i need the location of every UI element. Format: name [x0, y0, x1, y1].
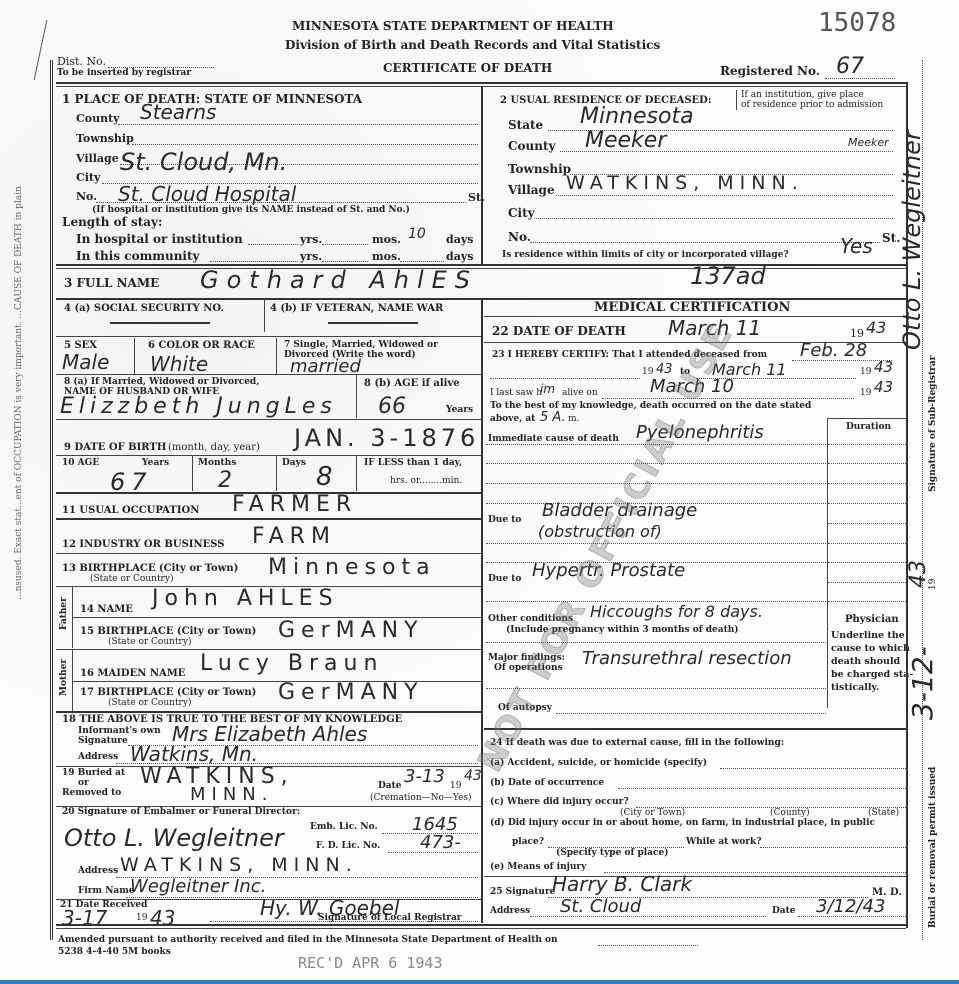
- comm-yrs-label: yrs.: [300, 250, 322, 263]
- comm-mos-line: [322, 261, 368, 262]
- father-birthplace-label: 15 BIRTHPLACE (City or Town): [80, 626, 256, 637]
- hosp-yrs-label: yrs.: [300, 233, 322, 246]
- res-county-label: County: [508, 139, 556, 153]
- other-conditions: Hiccoughs for 8 days.: [590, 602, 763, 621]
- duration-label: Duration: [846, 422, 891, 432]
- residence-note: If an institution, give place of residen…: [736, 90, 883, 110]
- attended-to-year: 43: [874, 358, 893, 376]
- rule-after-sex: [56, 374, 481, 375]
- ssn-divider: [264, 298, 265, 332]
- res-county-annotation: Meeker: [848, 136, 889, 149]
- last-saw-pronoun: im: [540, 382, 555, 396]
- spouse-label-line1: 8 (a) If Married, Widowed or Divorced,: [64, 377, 259, 387]
- autopsy-line: [556, 713, 826, 714]
- informant-address: Watkins, Mn.: [130, 742, 258, 766]
- spouse-age-value: 66: [378, 394, 406, 419]
- amended-note: Amended pursuant to authority received a…: [58, 935, 558, 945]
- res-village-label: Village: [508, 183, 555, 197]
- dob-sublabel: (month, day, year): [168, 442, 260, 453]
- industry-label: 12 INDUSTRY OR BUSINESS: [62, 539, 224, 550]
- industry-value: FARM: [252, 524, 336, 549]
- res-city-line: [534, 218, 893, 219]
- funeral-director-signature: Otto L. Wegleitner: [64, 824, 284, 852]
- attended-from-year: 43: [656, 362, 673, 377]
- veteran-value-dash: [328, 322, 418, 324]
- major-findings: Transurethral resection: [582, 648, 792, 669]
- res-village-value: WATKINS, MINN.: [566, 172, 804, 194]
- county-label: County: [76, 112, 120, 125]
- date-of-death-label: 22 DATE OF DEATH: [492, 324, 626, 338]
- age-days-divider: [356, 455, 357, 491]
- attended-from-year-line: [490, 378, 640, 379]
- race-divider: [276, 338, 277, 374]
- res-no-line: [530, 242, 880, 243]
- full-name-label: 3 FULL NAME: [64, 276, 159, 290]
- rule-before-external: [484, 728, 906, 730]
- spouse-age-label: 8 (b) AGE if alive: [364, 378, 460, 389]
- duration-line-1: [828, 444, 906, 445]
- ssn-value-dash: [110, 322, 210, 324]
- within-limits-value: Yes: [840, 234, 873, 258]
- in-community-label: In this community: [76, 249, 200, 263]
- dob-value: JAN. 3-1876: [294, 424, 479, 452]
- external-c-state: (State): [868, 808, 899, 818]
- res-no-label: No.: [508, 230, 531, 244]
- duration-line-2: [828, 463, 906, 464]
- viewer-bottom-bar: [0, 980, 959, 984]
- alive-on-label: alive on: [562, 388, 598, 398]
- form-number: 5238 4-4-40 5M books: [58, 947, 171, 957]
- time-of-death: 5 A.: [540, 410, 566, 425]
- duration-line-5: [828, 523, 906, 524]
- medical-heading: MEDICAL CERTIFICATION: [594, 300, 790, 315]
- father-name-label: 14 NAME: [80, 604, 133, 615]
- external-e-label: (e) Means of injury: [490, 862, 586, 872]
- external-d-work: While at work?: [686, 837, 761, 847]
- frame-bottom: [56, 924, 906, 926]
- mother-tag: Mother: [59, 659, 69, 696]
- attended-to-year-prefix: 19: [860, 367, 871, 377]
- cremation-label: (Cremation—No—Yes): [370, 793, 472, 803]
- external-c-city: (City or Town): [620, 808, 685, 818]
- father-tag: Father: [59, 597, 69, 630]
- amended-line: [598, 945, 698, 946]
- city-value: St. Cloud, Mn.: [120, 148, 287, 176]
- city-label: City: [76, 171, 100, 184]
- race-label: 6 COLOR OR RACE: [148, 340, 255, 351]
- race-value: White: [150, 352, 208, 376]
- duration-line-8: [828, 582, 906, 583]
- duration-line-9: [828, 601, 906, 602]
- physician-date: 3/12/43: [816, 896, 885, 917]
- rule-after-father: [56, 649, 481, 650]
- burial-year: 43: [464, 768, 482, 784]
- file-annotation: 137ad: [690, 262, 766, 290]
- veteran-label: 4 (b) IF VETERAN, NAME WAR: [270, 303, 443, 314]
- burial-date-label: Date: [378, 781, 402, 791]
- physician-note: Underline the cause to which death shoul…: [831, 629, 913, 694]
- county-line: [118, 124, 478, 125]
- fd-lic-label: F. D. Lic. No.: [316, 841, 380, 851]
- res-city-label: City: [508, 206, 535, 220]
- buried-label-line3: Removed to: [62, 788, 125, 798]
- external-cause-heading: 24 If death was due to external cause, f…: [490, 738, 784, 748]
- knowledge-line: To the best of my knowledge, death occur…: [490, 401, 811, 411]
- division-title: Division of Birth and Death Records and …: [285, 38, 660, 52]
- age-months-divider: [276, 455, 277, 491]
- divider-middle: [481, 298, 483, 923]
- ssn-label: 4 (a) SOCIAL SECURITY NO.: [64, 303, 224, 314]
- duration-divider: [827, 418, 828, 708]
- left-border: [50, 60, 53, 940]
- external-a-label: (a) Accident, suicide, or homicide (spec…: [490, 758, 707, 768]
- divider-top: [481, 86, 483, 266]
- marital-label-line1: 7 Single, Married, Widowed or: [284, 340, 438, 350]
- date-received: 3-17: [62, 906, 107, 930]
- physician-note-line: cause to which: [831, 642, 913, 655]
- mother-name-value: Lucy Braun: [200, 651, 383, 676]
- burial-place-line2: MINN.: [190, 784, 274, 805]
- birthplace-value: Minnesota: [268, 555, 436, 580]
- hosp-yrs-line: [248, 244, 298, 245]
- above-at-label: above, at: [490, 414, 535, 424]
- not-official-watermark: NOT FOR OFFICIAL USE: [470, 316, 742, 779]
- buried-label-line2: or: [62, 778, 125, 788]
- physician-heading: Physician: [845, 614, 899, 625]
- last-saw-year: 43: [874, 378, 893, 396]
- within-limits-label: Is residence within limits of city or in…: [502, 250, 789, 260]
- buried-label: 19 Buried at or Removed to: [62, 768, 125, 798]
- sub-registrar-signature: Otto L. Wegleitner: [898, 130, 926, 350]
- spouse-age-divider: [356, 374, 357, 418]
- rule-after-ssn: [56, 336, 481, 337]
- external-d-place: place?: [512, 837, 544, 847]
- mother-birthplace-label: 17 BIRTHPLACE (City or Town): [80, 687, 256, 698]
- death-certificate: ...nsused. Exact stat...ent of OCCUPATIO…: [0, 0, 959, 984]
- full-name-value: Gothard AhlES: [200, 266, 478, 294]
- physician-address: St. Cloud: [560, 896, 641, 917]
- permit-date: 3-12-: [906, 646, 939, 720]
- physician-date-label: Date: [772, 906, 796, 916]
- physician-address-label: Address: [490, 906, 530, 916]
- comm-mos-label: mos.: [372, 250, 401, 263]
- mother-birthplace-value: GerMANY: [278, 680, 424, 705]
- occupation-value: FARMER: [232, 492, 357, 517]
- last-saw-line: [602, 398, 854, 399]
- funeral-director-label: 20 Signature of Embalmer or Funeral Dire…: [62, 807, 300, 817]
- res-township-label: Township: [508, 162, 571, 176]
- external-d-label: (d) Did injury occur in or about home, o…: [490, 818, 875, 828]
- age-label: 10 AGE: [62, 458, 99, 468]
- st-label: St.: [468, 191, 485, 204]
- sex-value: Male: [62, 350, 109, 374]
- mother-name-label: 16 MAIDEN NAME: [80, 668, 185, 679]
- age-days-label: Days: [282, 458, 306, 468]
- external-a-line: [720, 768, 906, 769]
- occupation-label: 11 USUAL OCCUPATION: [62, 505, 199, 516]
- registrar-signature-label: Signature of Local Registrar: [318, 913, 462, 923]
- external-c-label: (c) Where did injury occur?: [490, 797, 629, 807]
- township-line: [132, 144, 478, 145]
- last-saw-label: I last saw h: [490, 388, 542, 398]
- physician-note-line: be charged sta-: [831, 668, 913, 681]
- external-b-line: [618, 788, 906, 789]
- hosp-days-label: days: [446, 233, 473, 246]
- hospital-name: St. Cloud Hospital: [118, 182, 296, 206]
- rule-after-residence-inner: [56, 268, 906, 269]
- hospital-note: (If hospital or institution give its NAM…: [92, 205, 410, 215]
- rule-after-dob: [56, 455, 481, 456]
- father-birthplace-value: GerMANY: [278, 618, 424, 643]
- certificate-number: 15078: [818, 8, 896, 38]
- frame-bottom-inner: [56, 928, 906, 929]
- death-year-prefix: 19: [850, 327, 864, 340]
- county-value: Stearns: [140, 100, 216, 124]
- mother-bracket: [72, 649, 73, 711]
- rule-after-occupation: [56, 518, 481, 520]
- firm-name: Wegleitner Inc.: [130, 876, 266, 897]
- physician-note-line: Underline the: [831, 629, 913, 642]
- res-village-line: [556, 195, 893, 196]
- time-suffix: m.: [568, 414, 579, 424]
- mother-birthplace-sublabel: (State or Country): [108, 698, 191, 708]
- village-label: Village: [76, 152, 119, 165]
- rule-after-mother: [56, 711, 481, 713]
- age-days-value: 8: [316, 462, 333, 492]
- age-months-value: 2: [218, 468, 232, 493]
- cause-line-5: [486, 543, 826, 544]
- frame-top: [56, 82, 906, 84]
- res-state-value: Minnesota: [580, 104, 694, 129]
- registered-no-label: Registered No.: [720, 64, 820, 78]
- physician-signature-label: 25 Signature: [490, 887, 555, 897]
- hospital-days: 10: [408, 226, 426, 242]
- received-stamp: REC'D APR 6 1943: [298, 954, 443, 972]
- funeral-address: WATKINS, MINN.: [120, 854, 358, 876]
- external-b-label: (b) Date of occurrence: [490, 778, 604, 788]
- birthplace-label: 13 BIRTHPLACE (City or Town): [62, 563, 238, 574]
- fd-lic-value: 473-: [420, 832, 461, 853]
- informant-signature-label-line1: Informant's own: [78, 726, 161, 736]
- buried-label-line1: 19 Buried at: [62, 768, 125, 778]
- father-birthplace-sublabel: (State or Country): [108, 637, 191, 647]
- informant-address-label: Address: [78, 752, 118, 762]
- comm-days-label: days: [446, 250, 473, 263]
- duration-line-3: [828, 483, 906, 484]
- hrs-min-label: hrs. or........min.: [390, 476, 462, 486]
- rule-after-spouse: [56, 419, 481, 420]
- permit-year: 43: [906, 560, 931, 588]
- less-than-label: IF LESS than 1 day,: [364, 458, 462, 468]
- duration-line-6: [828, 543, 906, 544]
- date-received-year: 43: [150, 906, 175, 930]
- rule-after-industry: [56, 553, 481, 554]
- birthplace-sublabel: (State or Country): [90, 574, 173, 584]
- date-received-year-prefix: 19: [136, 913, 147, 923]
- township-label: Township: [76, 132, 134, 145]
- attended-from: Feb. 28: [800, 340, 867, 361]
- immediate-cause-label: Immediate cause of death: [488, 434, 619, 444]
- sub-registrar-label: Signature of Sub-Registrar: [928, 356, 938, 492]
- res-county-value: Meeker: [585, 128, 666, 153]
- duration-top-rule: [827, 418, 907, 419]
- age-months-label: Months: [198, 458, 236, 468]
- comm-days-line: [400, 261, 444, 262]
- hosp-mos-label: mos.: [372, 233, 401, 246]
- comm-yrs-line: [210, 261, 298, 262]
- res-state-label: State: [508, 118, 543, 132]
- physician-signature: Harry B. Clark: [552, 872, 692, 896]
- left-margin-instructions: ...nsused. Exact stat...ent of OCCUPATIO…: [14, 186, 24, 600]
- death-year-value: 43: [866, 318, 886, 337]
- physician-note-line: death should: [831, 655, 913, 668]
- residence-note-line1: If an institution, give place: [741, 90, 883, 100]
- dist-no-label: Dist. No.: [57, 55, 106, 68]
- dist-no-note: To be inserted by registrar: [57, 68, 191, 78]
- physician-note-line: tistically.: [831, 681, 913, 694]
- rule-after-residence: [56, 264, 906, 266]
- duration-line-7: [828, 562, 906, 563]
- emb-lic-label: Emb. Lic. No.: [310, 822, 378, 832]
- external-d-sub: (Specify type of place): [556, 848, 668, 858]
- duration-line-4: [828, 503, 906, 504]
- age-years-divider: [192, 455, 193, 491]
- agency-title: MINNESOTA STATE DEPARTMENT OF HEALTH: [292, 19, 614, 33]
- funeral-address-label: Address: [78, 866, 118, 876]
- spouse-value: Elizzbeth JungLes: [60, 394, 337, 419]
- firm-name-label: Firm Name: [78, 886, 135, 896]
- age-years-label: Years: [142, 458, 169, 468]
- registered-no: 67: [836, 54, 864, 79]
- length-of-stay-label: Length of stay:: [62, 215, 162, 229]
- burial-date: 3-13: [404, 766, 445, 787]
- hosp-mos-line: [322, 244, 368, 245]
- in-hospital-label: In hospital or institution: [76, 232, 243, 246]
- due-to-2-label: Due to: [488, 574, 521, 584]
- rule-after-external: [484, 876, 906, 877]
- due-to-1-label: Due to: [488, 515, 521, 525]
- spouse-age-years-label: Years: [446, 405, 473, 415]
- dob-label: 9 DATE OF BIRTH: [64, 442, 166, 453]
- external-c-county: (County): [770, 808, 810, 818]
- external-d-work-line: [760, 847, 906, 848]
- permit-issued-label: Burial or removal permit issued: [928, 767, 938, 928]
- residence-note-line2: of residence prior to admission: [741, 100, 883, 110]
- father-name-value: John AHLES: [152, 586, 339, 611]
- burial-year-prefix: 19: [450, 781, 461, 791]
- sex-divider: [134, 338, 135, 374]
- no-label: No.: [76, 190, 97, 203]
- certificate-title: CERTIFICATE OF DEATH: [383, 61, 552, 75]
- last-saw-year-prefix: 19: [860, 388, 871, 398]
